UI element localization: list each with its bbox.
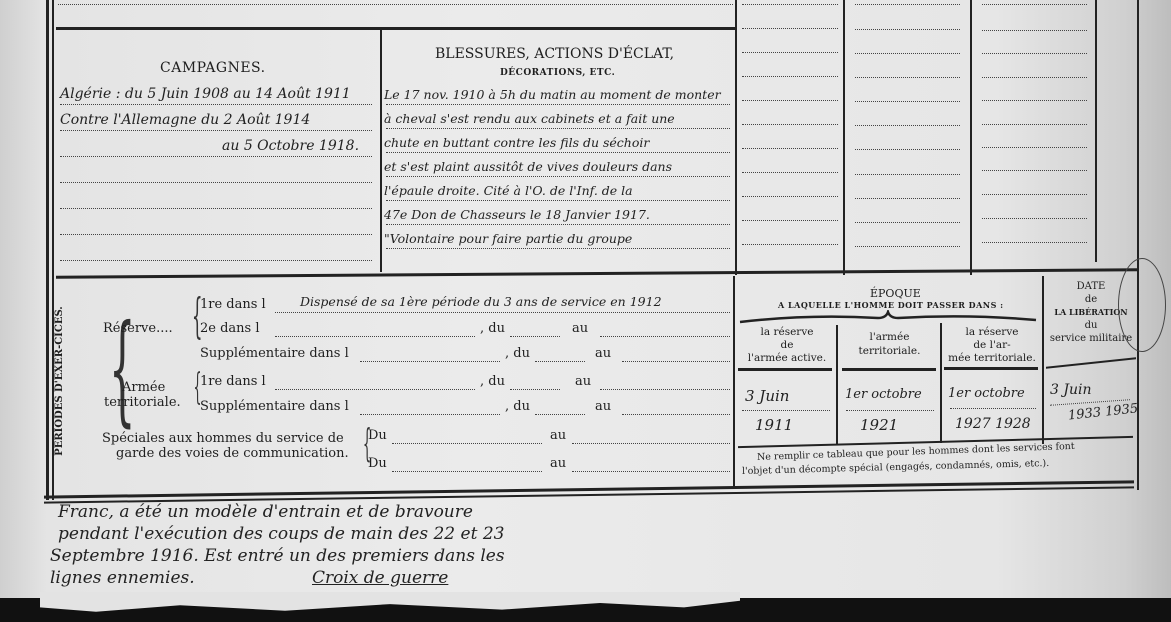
epoque-col-3-header: la réserve de l'ar- mée territoriale. (944, 326, 1040, 365)
blessures-line-2: à cheval s'est rendu aux cabinets et a f… (384, 111, 675, 126)
speciales-line-2: garde des voies de communication. (116, 446, 349, 461)
campagne-entry-2: Contre l'Allemagne du 2 Août 1914 (60, 112, 310, 128)
blessures-line-6: 47e Don de Chasseurs le 18 Janvier 1917. (384, 207, 650, 222)
upper-col-divider-3 (970, 0, 972, 275)
campagne-entry-1: Algérie : du 5 Juin 1908 au 14 Août 1911 (60, 86, 351, 102)
stamp-mark (1118, 258, 1166, 352)
epoque-col-1-year: 1911 (755, 416, 793, 434)
blessures-line-7: "Volontaire pour faire partie du groupe (384, 231, 632, 246)
epoque-col-2-date: 1er octobre (845, 387, 922, 402)
reserve-label: Réserve.... (103, 321, 173, 336)
annotation-line-2: pendant l'exécution des coups de main de… (58, 524, 504, 544)
annotation-line-4: lignes ennemies. (50, 568, 195, 588)
epoque-col-2-year: 1921 (860, 416, 898, 434)
annotation-line-3: Septembre 1916. Est entré un des premier… (50, 546, 505, 566)
epoque-col-2-header: l'armée territoriale. (842, 330, 937, 358)
annotation-line-1: Franc, a été un modèle d'entrain et de b… (58, 502, 473, 522)
liberation-date: 3 Juin (1050, 382, 1091, 398)
liberation-year: 1933 1935 (1067, 401, 1138, 423)
campagne-entry-3: au 5 Octobre 1918. (222, 138, 359, 154)
epoque-curly-brace (738, 310, 1038, 324)
periodes-side-label: PÉRIODES D'EXER-CICES. (54, 301, 66, 461)
epoque-title: ÉPOQUE (870, 287, 921, 300)
upper-col-divider-4 (1095, 0, 1097, 262)
epoque-left-border (733, 276, 735, 488)
speciales-line-1: Spéciales aux hommes du service de (102, 431, 344, 446)
top-dotted-line (58, 4, 733, 5)
armee-label-1: Armée (122, 380, 165, 395)
blessures-title: BLESSURES, ACTIONS D'ÉCLAT, (435, 46, 674, 62)
epoque-col-3-date: 1er octobre (948, 386, 1025, 401)
blessures-line-4: et s'est plaint aussitôt de vives douleu… (384, 159, 672, 174)
blessures-line-3: chute en buttant contre les fils du séch… (384, 135, 649, 150)
upper-col-divider-2 (843, 0, 845, 275)
upper-right-divider (735, 0, 737, 275)
annotation-croix-de-guerre: Croix de guerre (312, 568, 448, 588)
armee-label-2: territoriale. (104, 395, 181, 410)
epoque-col-1-date: 3 Juin (745, 387, 789, 405)
blessures-line-1: Le 17 nov. 1910 à 5h du matin au moment … (384, 87, 721, 102)
register-page: CAMPAGNES. Algérie : du 5 Juin 1908 au 1… (0, 0, 1171, 622)
top-rule (56, 27, 736, 30)
blessures-line-5: l'épaule droite. Cité à l'O. de l'Inf. d… (384, 183, 633, 198)
liberation-divider (1042, 276, 1044, 444)
epoque-col-3-year: 1927 1928 (955, 416, 1031, 432)
campagnes-divider (380, 30, 382, 272)
epoque-subtitle: A LAQUELLE L'HOMME DOIT PASSER DANS : (778, 300, 1004, 310)
campagnes-title: CAMPAGNES. (160, 60, 266, 76)
blessures-subtitle: DÉCORATIONS, ETC. (500, 68, 615, 78)
middle-rule (56, 268, 1138, 278)
epoque-col-1-header: la réserve de l'armée active. (742, 326, 832, 365)
left-double-border (46, 0, 49, 500)
right-border (1137, 0, 1139, 490)
reserve-row-1-value: Dispensé de sa 1ère période du 3 ans de … (300, 294, 662, 309)
